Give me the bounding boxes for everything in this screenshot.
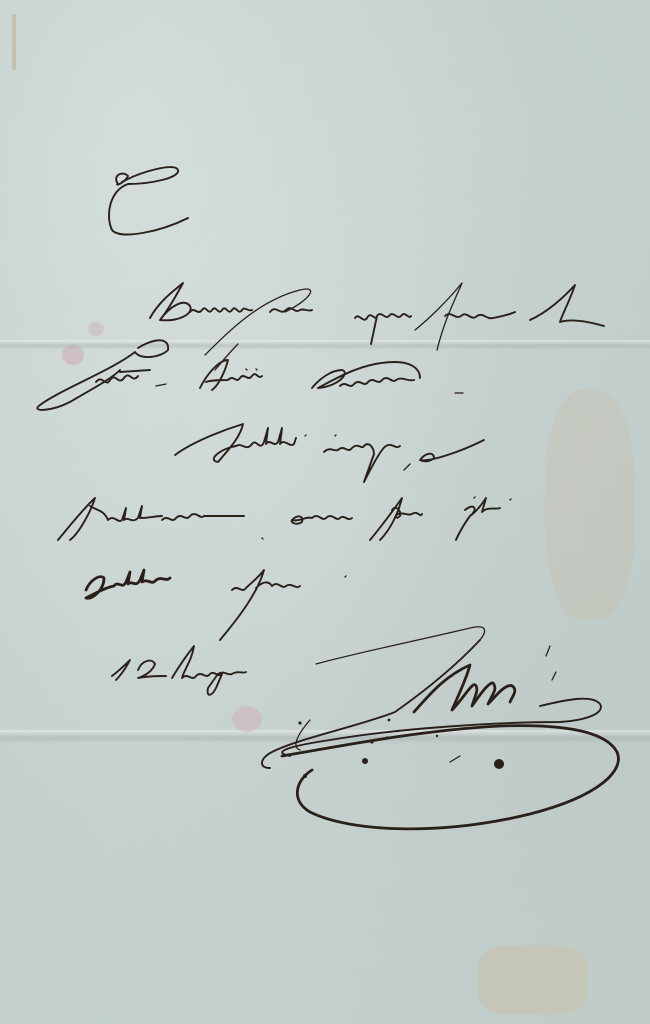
letter-line-4: pottendome. anco per gli xyxy=(58,500,338,525)
letter-line-2: Festa = Amici Palermo - xyxy=(40,362,309,387)
letter-line-1: Dimani Sera vogliono fare la xyxy=(150,290,469,315)
signature-ink xyxy=(262,640,618,829)
signature: Mani xyxy=(440,676,497,701)
salutation: C xyxy=(110,166,127,191)
letter-date: 12 luglio xyxy=(112,652,210,677)
letter-line-3: Mettetevi in regola, e xyxy=(176,428,417,453)
letter-line-5: altri affari xyxy=(86,570,199,595)
